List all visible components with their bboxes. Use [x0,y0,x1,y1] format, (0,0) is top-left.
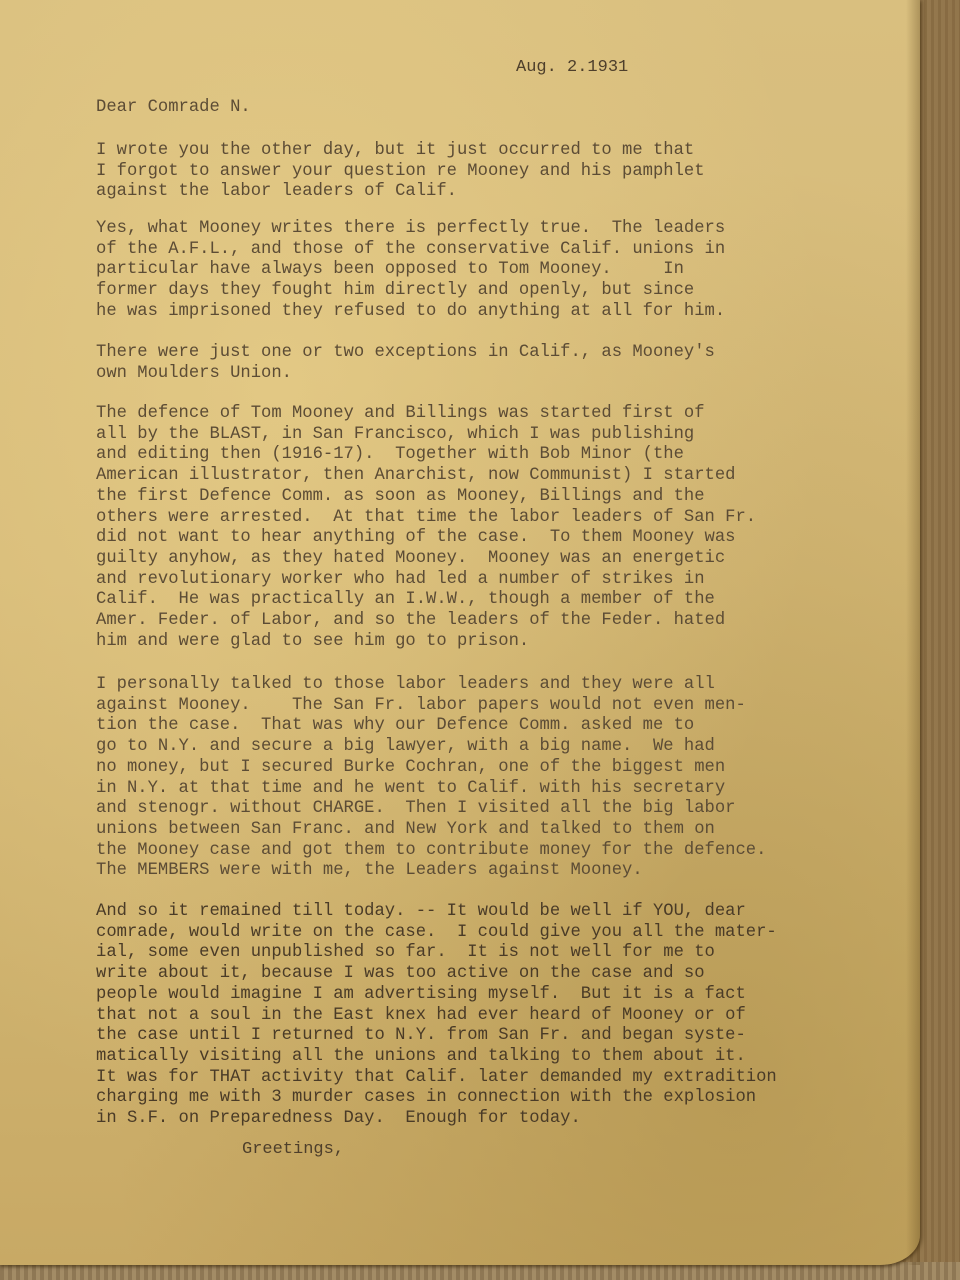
text-line: guilty anyhow, as they hated Mooney. Moo… [96,549,756,570]
paragraph-4: The defence of Tom Mooney and Billings w… [96,404,756,652]
text-line: all by the BLAST, in San Francisco, whic… [96,425,756,446]
paragraph-2: Yes, what Mooney writes there is perfect… [96,219,725,323]
text-line: The defence of Tom Mooney and Billings w… [96,404,756,425]
text-line: go to N.Y. and secure a big lawyer, with… [96,737,766,758]
text-line: of the A.F.L., and those of the conserva… [96,240,725,261]
text-line: the first Defence Comm. as soon as Moone… [96,487,756,508]
text-line: And so it remained till today. -- It wou… [96,902,777,923]
paragraph-6: And so it remained till today. -- It wou… [96,902,777,1130]
text-line: American illustrator, then Anarchist, no… [96,466,756,487]
text-line: no money, but I secured Burke Cochran, o… [96,758,766,779]
text-line: he was imprisoned they refused to do any… [96,302,725,323]
text-line: I personally talked to those labor leade… [96,675,766,696]
text-line: ial, some even unpublished so far. It is… [96,943,777,964]
text-line: Yes, what Mooney writes there is perfect… [96,219,725,240]
text-line: The MEMBERS were with me, the Leaders ag… [96,861,766,882]
text-line: others were arrested. At that time the l… [96,508,756,529]
text-line: that not a soul in the East knex had eve… [96,1006,777,1027]
text-line: him and were glad to see him go to priso… [96,632,756,653]
paragraph-3: There were just one or two exceptions in… [96,343,715,384]
letter-salutation: Dear Comrade N. [96,98,251,119]
text-line: against the labor leaders of Calif. [96,182,705,203]
text-line: write about it, because I was too active… [96,964,777,985]
text-line: in N.Y. at that time and he went to Cali… [96,779,766,800]
text-line: Amer. Feder. of Labor, and so the leader… [96,611,756,632]
text-line: charging me with 3 murder cases in conne… [96,1088,777,1109]
text-line: comrade, would write on the case. I coul… [96,923,777,944]
text-line: in S.F. on Preparedness Day. Enough for … [96,1109,777,1130]
text-line: tion the case. That was why our Defence … [96,716,766,737]
text-line: the case until I returned to N.Y. from S… [96,1026,777,1047]
text-line: former days they fought him directly and… [96,281,725,302]
text-line: own Moulders Union. [96,364,715,385]
paragraph-1: I wrote you the other day, but it just o… [96,141,705,203]
text-line: Calif. He was practically an I.W.W., tho… [96,590,756,611]
letter-date: Aug. 2.1931 [516,58,628,77]
text-line: and editing then (1916-17). Together wit… [96,445,756,466]
text-line: matically visiting all the unions and ta… [96,1047,777,1068]
text-line: people would imagine I am advertising my… [96,985,777,1006]
text-line: I forgot to answer your question re Moon… [96,162,705,183]
text-line: It was for THAT activity that Calif. lat… [96,1068,777,1089]
letter-page: Aug. 2.1931 Dear Comrade N. I wrote you … [0,0,920,1265]
text-line: against Mooney. The San Fr. labor papers… [96,696,766,717]
paragraph-5: I personally talked to those labor leade… [96,675,766,882]
text-line: There were just one or two exceptions in… [96,343,715,364]
letter-closing: Greetings, [242,1140,344,1159]
text-line: particular have always been opposed to T… [96,260,725,281]
text-line: I wrote you the other day, but it just o… [96,141,705,162]
text-line: the Mooney case and got them to contribu… [96,841,766,862]
text-line: unions between San Franc. and New York a… [96,820,766,841]
text-line: and stenogr. without CHARGE. Then I visi… [96,799,766,820]
text-line: and revolutionary worker who had led a n… [96,570,756,591]
text-line: did not want to hear anything of the cas… [96,528,756,549]
